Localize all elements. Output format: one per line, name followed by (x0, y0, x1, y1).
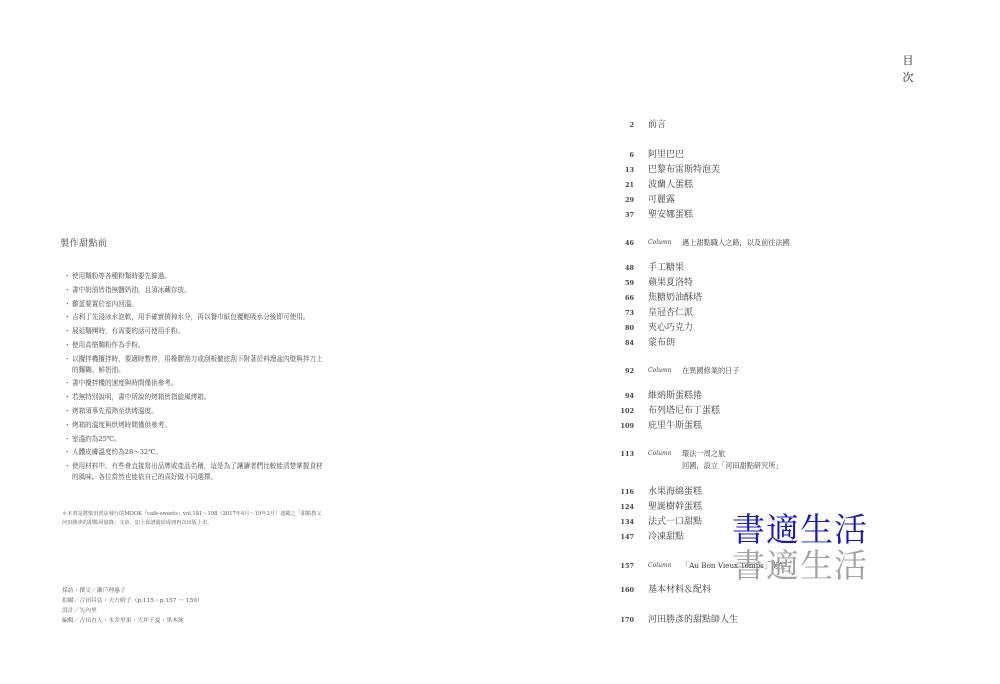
bullet-icon: ・ (64, 378, 71, 389)
note-item: ・使用材料中，有些會直接寫出品牌或產品名稱，這是為了讓讀者們比較能清楚掌握食材的… (64, 461, 326, 483)
column-label: Column (648, 448, 682, 460)
toc-page-number: 59 (610, 277, 634, 289)
toc-page-number: 13 (610, 164, 634, 176)
column-label: Column (648, 365, 682, 377)
toc-title: 冷凍甜點 (648, 531, 684, 543)
bullet-icon: ・ (64, 354, 71, 365)
toc-heading: 目 次 (898, 52, 918, 86)
credit-line: 採訪・撰文／瀨戶理惠子 (62, 586, 262, 596)
toc-page-number: 2 (610, 119, 634, 131)
note-item: ・室溫約為25℃。 (64, 434, 326, 445)
toc-title: 聖安娜蛋糕 (648, 209, 693, 221)
bullet-icon: ・ (64, 447, 71, 458)
note-item: ・雞蛋要置於室內回溫。 (64, 299, 326, 310)
toc-title: 前言 (648, 119, 666, 131)
toc-title: 河田勝彥的甜點師人生 (648, 614, 738, 626)
toc-title: 聖誕樹幹蛋糕 (648, 501, 702, 513)
toc-title: 夾心巧克力 (648, 322, 693, 334)
note-item: ・烤箱須事先預熱至烘烤溫度。 (64, 406, 326, 417)
toc-title: 焦糖奶油酥塔 (648, 292, 702, 304)
toc-page-number: 73 (610, 307, 634, 319)
note-item: ・書中攪拌機的速度與時間僅供參考。 (64, 378, 326, 389)
toc-page-number: 94 (610, 390, 634, 402)
note-item: ・以攪拌機攪拌時，要適時暫停，用橡膠刮刀或刮板徹底刮下附著於料理盆內壁與拌刀上的… (64, 354, 326, 376)
toc-page-number: 66 (610, 292, 634, 304)
toc-title: 蘋果夏洛特 (648, 277, 693, 289)
toc-entry: 48手工糖果 (610, 262, 870, 276)
toc-page-number: 6 (610, 149, 634, 161)
toc-title: 巴黎布雷斯特泡芙 (648, 164, 720, 176)
bullet-icon: ・ (64, 406, 71, 417)
note-item: ・展延麵團時，有需要的話可使用手粉。 (64, 326, 326, 337)
toc-page-number: 116 (610, 486, 634, 498)
toc-entry: 170河田勝彥的甜點師人生 (610, 614, 870, 628)
toc-column-entry: 113Column環法一周之旅回國，設立「河田甜點研究所」 (610, 448, 870, 462)
toc-title: 基本材料＆配料 (648, 584, 711, 596)
toc-entry: 13巴黎布雷斯特泡芙 (610, 164, 870, 178)
toc-page-number: 134 (610, 516, 634, 528)
column-label: Column (648, 560, 682, 572)
toc-page-number: 48 (610, 262, 634, 274)
toc-entry: 116水果海綿蛋糕 (610, 486, 870, 500)
toc-title: 法式一口甜點 (648, 516, 702, 528)
toc-entry: 80夾心巧克力 (610, 322, 870, 336)
toc-column-entry: 46Column邁上甜點職人之路，以及前往法國 (610, 237, 870, 251)
note-item: ・烤箱的溫度與烘烤時間僅供參考。 (64, 420, 326, 431)
toc-page-number: 113 (610, 448, 634, 460)
credit-line: 編輯／吉田直人・永井里果・大坪千夏・黑木純 (62, 616, 262, 626)
credits: 採訪・撰文／瀨戶理惠子 拍攝／合田昌弘・天方晴子（p.115・p.157 ～ 1… (62, 586, 262, 626)
toc-title: 阿里巴巴 (648, 149, 684, 161)
toc-entry: 59蘋果夏洛特 (610, 277, 870, 291)
toc-page-number: 80 (610, 322, 634, 334)
toc-page-number: 124 (610, 501, 634, 513)
toc-title: 在異國修業的日子 (682, 365, 740, 377)
toc-entry: 160基本材料＆配料 (610, 584, 870, 598)
bullet-icon: ・ (64, 461, 71, 472)
book-spread: 製作甜點前 ・使用麵粉等各種粉類時要先篩過。 ・書中奶油皆指無鹽奶油，且須冰藏存… (0, 0, 1000, 684)
toc-entry: 6阿里巴巴 (610, 149, 870, 163)
toc-entry: 2前言 (610, 119, 870, 133)
bullet-icon: ・ (64, 392, 71, 403)
note-item: ・書中奶油皆指無鹽奶油，且須冰藏存放。 (64, 285, 326, 296)
note-item: ・吉利丁先浸冰水泡軟，用手確實擠掉水分，再以餐巾紙包覆輕吸水分後即可使用。 (64, 312, 326, 323)
toc-title: 布列塔尼布丁蛋糕 (648, 405, 720, 417)
bullet-icon: ・ (64, 340, 71, 351)
toc-title: 維納斯蛋糕捲 (648, 390, 702, 402)
toc-title: 可麗露 (648, 194, 675, 206)
note-item: ・使用麵粉等各種粉類時要先篩過。 (64, 271, 326, 282)
toc-page-number: 109 (610, 420, 634, 432)
toc-entry: 84蒙布朗 (610, 337, 870, 351)
toc-title: 皇冠杏仁派 (648, 307, 693, 319)
toc-entry: 37聖安娜蛋糕 (610, 209, 870, 223)
toc-page-number: 37 (610, 209, 634, 221)
bullet-icon: ・ (64, 434, 71, 445)
toc-entry: 102布列塔尼布丁蛋糕 (610, 405, 870, 419)
bullet-icon: ・ (64, 299, 71, 310)
toc-page-number: 102 (610, 405, 634, 417)
toc-title: 環法一周之旅回國，設立「河田甜點研究所」 (682, 448, 783, 472)
toc-page-number: 92 (610, 365, 634, 377)
toc-title: 邁上甜點職人之路，以及前往法國 (682, 237, 790, 249)
note-item: ・人體皮膚溫度約為28～32℃。 (64, 447, 326, 458)
bullet-icon: ・ (64, 420, 71, 431)
toc-page-number: 46 (610, 237, 634, 249)
credit-line: 拍攝／合田昌弘・天方晴子（p.115・p.157 ～ 159） (62, 596, 262, 606)
toc-title: 庇里牛斯蛋糕 (648, 420, 702, 432)
toc-page-number: 157 (610, 560, 634, 572)
notes-list: ・使用麵粉等各種粉類時要先篩過。 ・書中奶油皆指無鹽奶油，且須冰藏存放。 ・雞蛋… (64, 271, 326, 486)
footnote: ＊本書是將柴田書店發行的MOOK『café-sweets』vol.181～198… (62, 510, 322, 528)
note-item: ・使用高筋麵粉作為手粉。 (64, 340, 326, 351)
toc-page-number: 21 (610, 179, 634, 191)
toc-entry: 109庇里牛斯蛋糕 (610, 420, 870, 434)
toc-page-number: 170 (610, 614, 634, 626)
toc-entry: 21波蘭人蛋糕 (610, 179, 870, 193)
watermark-shadow: 書適生活 (732, 548, 868, 584)
toc-page-number: 29 (610, 194, 634, 206)
left-page: 製作甜點前 ・使用麵粉等各種粉類時要先篩過。 ・書中奶油皆指無鹽奶油，且須冰藏存… (0, 0, 500, 684)
toc-title: 波蘭人蛋糕 (648, 179, 693, 191)
section-title: 製作甜點前 (60, 236, 108, 249)
toc-page-number: 147 (610, 531, 634, 543)
credit-line: 設計／矢內里 (62, 606, 262, 616)
toc-entry: 66焦糖奶油酥塔 (610, 292, 870, 306)
toc-column-entry: 92Column在異國修業的日子 (610, 365, 870, 379)
bullet-icon: ・ (64, 271, 71, 282)
watermark-primary: 書適生活 (732, 512, 868, 548)
toc-entry: 94維納斯蛋糕捲 (610, 390, 870, 404)
bullet-icon: ・ (64, 312, 71, 323)
bullet-icon: ・ (64, 326, 71, 337)
toc-entry: 29可麗露 (610, 194, 870, 208)
toc-page-number: 84 (610, 337, 634, 349)
toc-page-number: 160 (610, 584, 634, 596)
note-item: ・若無特別說明，書中所說的烤箱皆指旋風烤箱。 (64, 392, 326, 403)
column-label: Column (648, 237, 682, 249)
toc-title: 蒙布朗 (648, 337, 675, 349)
toc-title: 手工糖果 (648, 262, 684, 274)
bullet-icon: ・ (64, 285, 71, 296)
toc-title: 水果海綿蛋糕 (648, 486, 702, 498)
toc-entry: 73皇冠杏仁派 (610, 307, 870, 321)
